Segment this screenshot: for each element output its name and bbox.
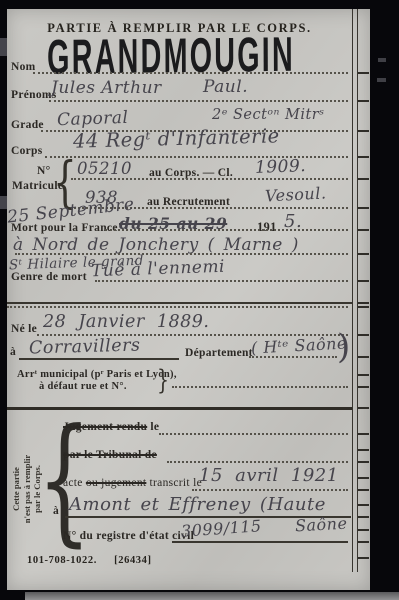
right-edge-stub <box>358 504 369 506</box>
right-edge-stub <box>358 449 369 451</box>
right-edge-stub <box>358 156 369 158</box>
registre-saone-value: Saône <box>295 514 348 536</box>
arrondissement-label-line1: Arrᵗ municipal (pʳ Paris et Lyon), <box>17 369 177 380</box>
imprint-code: 101-708-1022. <box>27 555 97 566</box>
right-edge-stub <box>358 130 369 132</box>
tribunal-struck-label: par le Tribunal de <box>63 449 157 461</box>
departement-label: Département <box>185 347 253 359</box>
dotted-line <box>71 178 348 180</box>
right-edge-stub <box>358 306 369 308</box>
grade-label: Grade <box>11 119 44 131</box>
birthplace-a-label: à <box>10 346 16 358</box>
transcription-place-value: Amont et Effreney (Haute <box>69 494 326 515</box>
matricule-corps-number: 05210 <box>77 159 132 178</box>
right-edge-stub <box>358 356 369 358</box>
transcription-date-value: 15 avril 1921 <box>199 465 339 486</box>
scan-edge-artifact <box>0 196 7 209</box>
right-edge-stub <box>358 72 369 74</box>
jugement-struck-label: Jugement rendu <box>63 421 147 433</box>
mort-label: Mort pour la France <box>11 222 118 234</box>
right-edge-stub <box>358 461 369 463</box>
margin-note-line1: Cette partie <box>11 428 22 550</box>
right-edge-stub <box>358 407 369 409</box>
dotted-line <box>33 72 348 74</box>
acte-struck-label: ou jugement <box>86 477 146 489</box>
death-place-line1: à Nord de Jonchery ( Marne ) <box>13 235 299 255</box>
margin-note-line2: n'est pas à remplir <box>22 428 33 550</box>
arrondissement-label-line2: à défaut rue et N°. <box>39 381 127 392</box>
right-edge-stub <box>358 516 369 518</box>
dotted-line <box>159 433 348 435</box>
right-edge-stub <box>358 557 369 559</box>
record-card: PARTIE À REMPLIR PAR LE CORPS. GRANDMOUG… <box>7 9 370 590</box>
right-edge-stub <box>358 253 369 255</box>
grade-section-value: 2ᵉ Sectᵒⁿ Mitrˢ <box>212 107 325 123</box>
arrondissement-brace: } <box>157 367 169 394</box>
dotted-line <box>167 461 348 463</box>
right-edge-stub <box>358 100 369 102</box>
right-edge-stub <box>358 433 369 435</box>
dotted-line <box>105 229 348 231</box>
recrutement-place-value: Vesoul. <box>265 183 327 205</box>
right-edge-rule <box>352 9 358 572</box>
prenoms-value: Jules Arthur <box>51 78 162 98</box>
scan-dust-artifact <box>378 58 386 62</box>
dotted-line <box>172 386 348 388</box>
genre-mort-value: Tué à l'ennemi <box>91 257 226 282</box>
right-edge-stub <box>358 386 369 388</box>
right-edge-stub <box>358 374 369 376</box>
acte-label-prefix: acte <box>63 477 86 489</box>
corps-value: 44 Regᵗ d'Infanterie <box>73 124 280 152</box>
nom-label: Nom <box>11 61 36 73</box>
rule-line <box>172 541 348 543</box>
matricule-label-line1: N° <box>37 165 51 177</box>
acte-label-suffix: transcrit le <box>146 477 202 489</box>
year-printed: 191 <box>257 220 277 235</box>
right-edge-stub <box>358 334 369 336</box>
corps-label: Corps <box>11 145 43 157</box>
right-edge-stub <box>358 207 369 209</box>
registre-number-value: 3099/115 <box>180 516 262 541</box>
right-edge-stub <box>358 489 369 491</box>
transcription-a-label: à <box>53 505 59 517</box>
dotted-line <box>49 100 348 102</box>
genre-mort-label: Genre de mort <box>11 271 87 283</box>
right-edge-stub <box>358 541 369 543</box>
right-edge-stub <box>358 529 369 531</box>
section-divider-line <box>7 302 353 304</box>
right-edge-stub <box>358 477 369 479</box>
imprint: 101-708-1022. [26434] <box>27 555 152 566</box>
dotted-line <box>7 306 348 308</box>
birthplace-value: Corravillers <box>29 336 141 359</box>
next-card-edge <box>25 592 399 600</box>
dotted-line <box>95 280 348 282</box>
right-edge-stub <box>358 280 369 282</box>
scanned-record-view: PARTIE À REMPLIR PAR LE CORPS. GRANDMOUG… <box>0 0 399 600</box>
birth-date-value: 28 Janvier 1889. <box>43 312 209 332</box>
jugement-label-rest: le <box>147 421 159 433</box>
grade-value: Caporal <box>57 108 129 130</box>
imprint-ref: [26434] <box>114 555 151 566</box>
prenoms-value-2: Paul. <box>203 77 248 97</box>
departement-value: ( Hᵗᵉ Saône <box>251 334 348 358</box>
classe-value: 1909. <box>255 156 307 178</box>
right-edge-stub <box>358 302 369 304</box>
right-edge-stub <box>358 229 369 231</box>
scan-edge-artifact <box>0 38 7 56</box>
scan-dust-artifact <box>377 78 386 82</box>
dotted-line <box>192 489 348 491</box>
right-edge-stub <box>358 178 369 180</box>
ne-le-label: Né le <box>11 323 37 335</box>
rule-line <box>19 358 179 360</box>
departement-paren: ) <box>337 327 351 367</box>
